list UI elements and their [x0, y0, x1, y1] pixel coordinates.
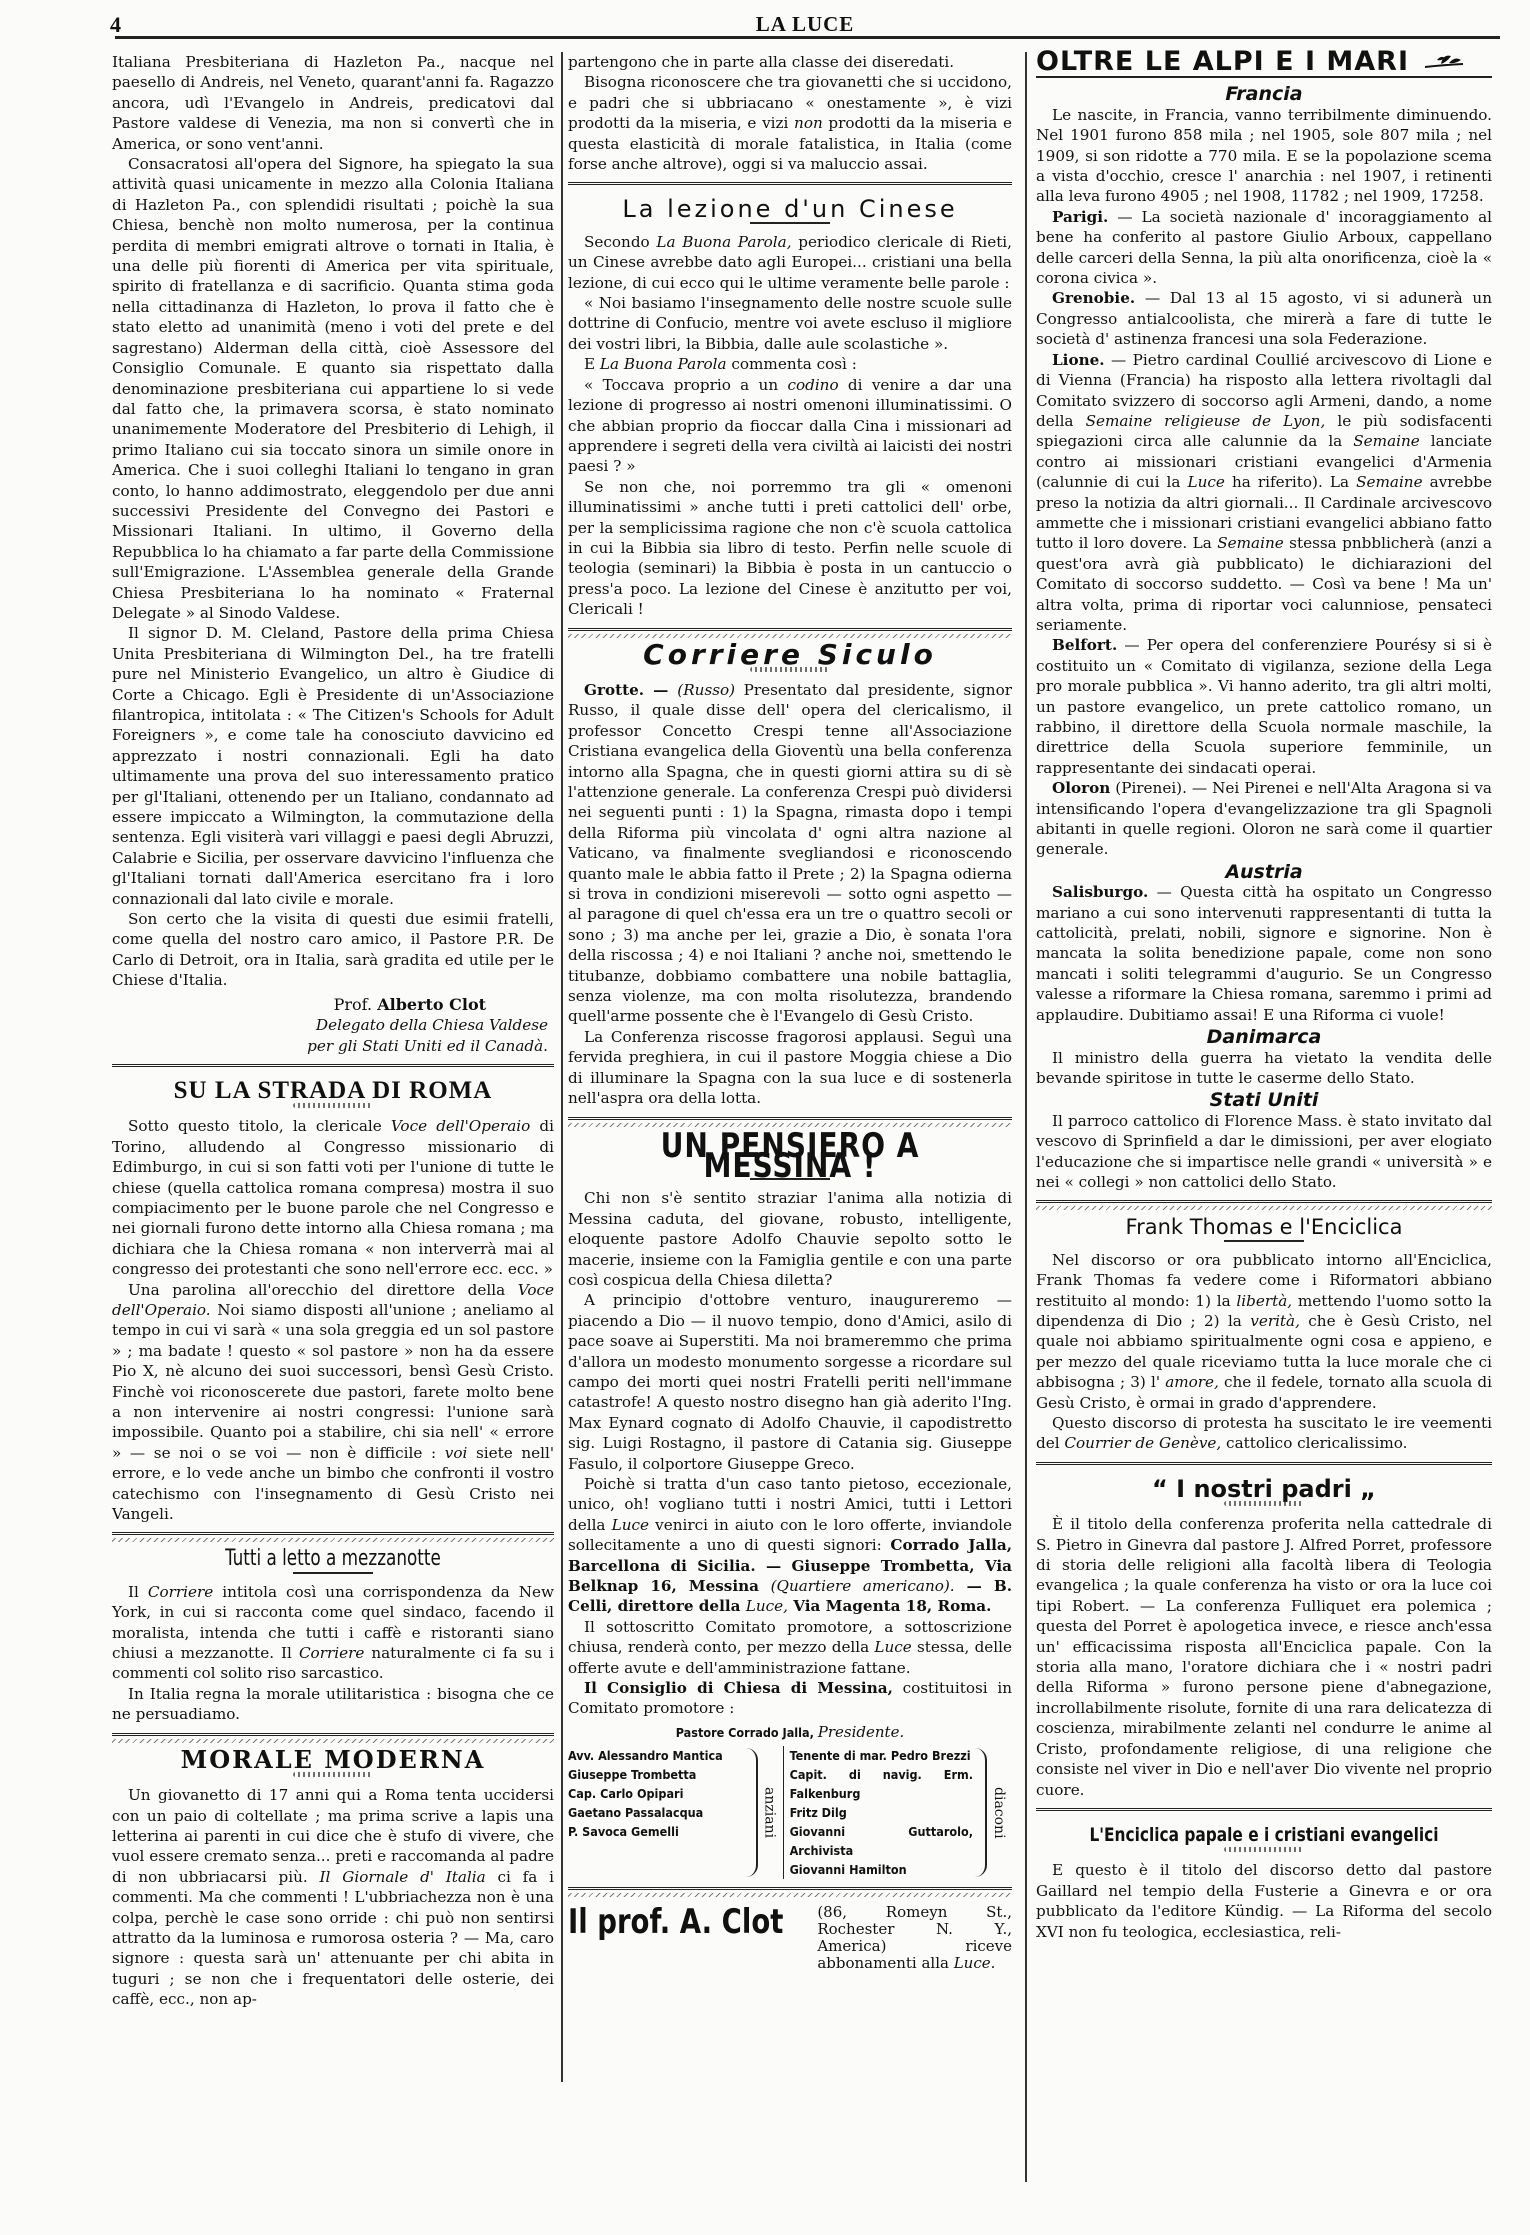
column-right: OLTRE LE ALPI E I MARI Francia Le nascit…: [1036, 52, 1492, 1942]
country-heading: Austria: [1036, 862, 1492, 882]
column-middle: partengono che in parte alla classe dei …: [568, 52, 1012, 1972]
committee-member: Tenente di mar. Pedro Brezzi: [790, 1746, 973, 1765]
country-heading: Francia: [1036, 84, 1492, 104]
diaconi-label: diaconi: [989, 1746, 1008, 1879]
paragraph: E questo è il titolo del discorso detto …: [1036, 1860, 1492, 1942]
committee-roster: Pastore Corrado Jalla, Presidente. Avv. …: [568, 1723, 1012, 1879]
paragraph: « Toccava proprio a un codino di venire …: [568, 375, 1012, 477]
committee-member: P. Savoca Gemelli: [568, 1822, 744, 1841]
article-corriere-siculo: Corriere Siculo Grotte. — (Russo) Presen…: [568, 645, 1012, 1109]
paragraph: Una parolina all'orecchio del direttore …: [112, 1280, 554, 1525]
paragraph: È il titolo della conferenza proferita n…: [1036, 1514, 1492, 1800]
paragraph: Secondo La Buona Parola, periodico cleri…: [568, 232, 1012, 293]
paragraph: Grenobie. — Dal 13 al 15 agosto, vi si a…: [1036, 288, 1492, 349]
section-separator: [1036, 1462, 1492, 1475]
paragraph: Bisogna riconoscere che tra giovanetti c…: [568, 72, 1012, 174]
header-rule: [115, 36, 1500, 39]
title-underline: [1224, 1240, 1304, 1242]
signature-name: Prof. Alberto Clot: [112, 995, 554, 1015]
paragraph: Il sottoscritto Comitato promotore, a so…: [568, 1617, 1012, 1678]
committee-member: Gaetano Passalacqua: [568, 1803, 744, 1822]
article-morale-moderna-continued: partengono che in parte alla classe dei …: [568, 52, 1012, 174]
article-pensiero-messina: UN PENSIERO A MESSINA ! Chi non s'è sent…: [568, 1136, 1012, 1879]
notice-text: (86, Romeyn St., Rochester N. Y., Americ…: [817, 1904, 1012, 1972]
section-separator: [112, 1064, 554, 1077]
paragraph: partengono che in parte alla classe dei …: [568, 52, 1012, 72]
article-title: MORALE MODERNA: [112, 1750, 554, 1770]
committee-member: Cap. Carlo Opipari: [568, 1784, 744, 1803]
title-ornament: [1224, 1847, 1304, 1852]
paragraph: Chi non s'è sentito straziar l'anima all…: [568, 1188, 1012, 1290]
paragraph: Poichè si tratta d'un caso tanto pietoso…: [568, 1474, 1012, 1617]
section-separator: [112, 1733, 554, 1746]
paragraph: Belfort. — Per opera del conferenziere P…: [1036, 635, 1492, 778]
article-tutti-a-letto: Tutti a letto a mezzanotte Il Corriere i…: [112, 1549, 554, 1724]
article-continuation-hazleton: Italiana Presbiteriana di Hazleton Pa., …: [112, 52, 554, 1056]
committee-member: Giovanni Hamilton: [790, 1860, 973, 1879]
column-divider: [1025, 52, 1027, 2182]
notice-heading: Il prof. A. Clot: [568, 1904, 783, 1940]
committee-member: Giovanni Guttarolo, Archivista: [790, 1822, 973, 1860]
paragraph: Italiana Presbiteriana di Hazleton Pa., …: [112, 52, 554, 154]
article-title: Corriere Siculo: [568, 645, 1012, 665]
article-nostri-padri: “ I nostri padri „ È il titolo della con…: [1036, 1479, 1492, 1800]
subscription-notice: Il prof. A. Clot (86, Romeyn St., Roches…: [568, 1904, 1012, 1972]
article-title: L'Enciclica papale e i cristiani evangel…: [1059, 1825, 1469, 1845]
committee-president: Pastore Corrado Jalla, Presidente.: [568, 1723, 1012, 1742]
committee-member: Capit. di navig. Erm. Falkenburg: [790, 1765, 973, 1803]
article-strada-di-roma: SU LA STRADA DI ROMA Sotto questo titolo…: [112, 1081, 554, 1525]
paragraph: « Noi basiamo l'insegnamento delle nostr…: [568, 293, 1012, 354]
committee-grid: Avv. Alessandro Mantica Giuseppe Trombet…: [568, 1746, 1012, 1879]
signature: Prof. Alberto Clot Delegato della Chiesa…: [112, 995, 554, 1056]
paragraph: Consacratosi all'opera del Signore, ha s…: [112, 154, 554, 623]
committee-member: Avv. Alessandro Mantica: [568, 1746, 744, 1765]
paragraph: Le nascite, in Francia, vanno terribilme…: [1036, 105, 1492, 207]
paragraph: E La Buona Parola commenta così :: [568, 354, 1012, 374]
article-title: SU LA STRADA DI ROMA: [112, 1081, 554, 1101]
committee-member: Fritz Dilg: [790, 1803, 973, 1822]
country-heading: Stati Uniti: [1036, 1090, 1492, 1110]
paragraph: A principio d'ottobre venturo, inaugurer…: [568, 1290, 1012, 1474]
title-ornament: [293, 1772, 373, 1777]
paragraph: Lione. — Pietro cardinal Coullié arcives…: [1036, 350, 1492, 636]
article-morale-moderna: MORALE MODERNA Un giovanetto di 17 anni …: [112, 1750, 554, 2010]
section-title: OLTRE LE ALPI E I MARI: [1036, 52, 1492, 72]
paragraph: Il parroco cattolico di Florence Mass. è…: [1036, 1111, 1492, 1193]
paragraph: Il signor D. M. Cleland, Pastore della p…: [112, 623, 554, 909]
column-divider: [561, 52, 563, 2082]
masthead: LA LUCE: [110, 12, 1500, 37]
anziani-label: anziani: [760, 1746, 779, 1879]
article-title: Frank Thomas e l'Enciclica: [1036, 1217, 1492, 1237]
section-oltre-le-alpi: OLTRE LE ALPI E I MARI Francia Le nascit…: [1036, 52, 1492, 1192]
article-enciclica-evangelici: L'Enciclica papale e i cristiani evangel…: [1036, 1825, 1492, 1942]
paragraph: Se non che, noi porremmo tra gli « omeno…: [568, 477, 1012, 620]
paragraph: Son certo che la visita di questi due es…: [112, 909, 554, 991]
paragraph: Questo discorso di protesta ha suscitato…: [1036, 1413, 1492, 1454]
diaconi-group: Tenente di mar. Pedro Brezzi Capit. di n…: [783, 1746, 1012, 1879]
section-separator: [568, 628, 1012, 641]
paragraph: Oloron (Pirenei). — Nei Pirenei e nell'A…: [1036, 778, 1492, 860]
brace-icon: [975, 1748, 987, 1877]
paragraph: Nel discorso or ora pubblicato intorno a…: [1036, 1250, 1492, 1413]
section-separator: [568, 182, 1012, 195]
country-heading: Danimarca: [1036, 1027, 1492, 1047]
section-separator: [568, 1887, 1012, 1900]
title-ornament: [1224, 1501, 1304, 1506]
paragraph: Il Corriere intitola così una corrispond…: [112, 1582, 554, 1684]
committee-member: Giuseppe Trombetta: [568, 1765, 744, 1784]
article-title: “ I nostri padri „: [1036, 1479, 1492, 1499]
signature-role: per gli Stati Uniti ed il Canadà.: [112, 1036, 554, 1056]
title-ornament: [293, 1103, 373, 1108]
column-left: Italiana Presbiteriana di Hazleton Pa., …: [112, 52, 554, 2010]
article-title: La lezione d'un Cinese: [568, 199, 1012, 219]
paragraph: Grotte. — (Russo) Presentato dal preside…: [568, 680, 1012, 1027]
paragraph: Salisburgo. — Questa città ha ospitato u…: [1036, 882, 1492, 1025]
anziani-group: Avv. Alessandro Mantica Giuseppe Trombet…: [568, 1746, 783, 1879]
paragraph: Sotto questo titolo, la clericale Voce d…: [112, 1116, 554, 1279]
article-frank-thomas: Frank Thomas e l'Enciclica Nel discorso …: [1036, 1217, 1492, 1453]
diaconi-list: Tenente di mar. Pedro Brezzi Capit. di n…: [790, 1746, 973, 1879]
paragraph: Il ministro della guerra ha vietato la v…: [1036, 1048, 1492, 1089]
paragraph: Il Consiglio di Chiesa di Messina, costi…: [568, 1678, 1012, 1719]
article-title: Tutti a letto a mezzanotte: [145, 1549, 521, 1569]
paragraph: In Italia regna la morale utilitaristica…: [112, 1684, 554, 1725]
article-title: UN PENSIERO A MESSINA !: [586, 1136, 994, 1177]
article-lezione-cinese: La lezione d'un Cinese Secondo La Buona …: [568, 199, 1012, 619]
title-ornament: [750, 667, 830, 672]
paragraph: La Conferenza riscosse fragorosi applaus…: [568, 1027, 1012, 1109]
brace-icon: [746, 1748, 758, 1877]
anziani-list: Avv. Alessandro Mantica Giuseppe Trombet…: [568, 1746, 744, 1879]
signature-role: Delegato della Chiesa Valdese: [112, 1015, 554, 1035]
olive-branch-icon: [1423, 52, 1465, 72]
paragraph: Un giovanetto di 17 anni qui a Roma tent…: [112, 1785, 554, 2009]
paragraph: Parigi. — La società nazionale d' incora…: [1036, 207, 1492, 289]
section-separator: [1036, 1808, 1492, 1821]
section-separator: [112, 1532, 554, 1545]
title-underline: [293, 1572, 373, 1574]
section-separator: [1036, 1200, 1492, 1213]
